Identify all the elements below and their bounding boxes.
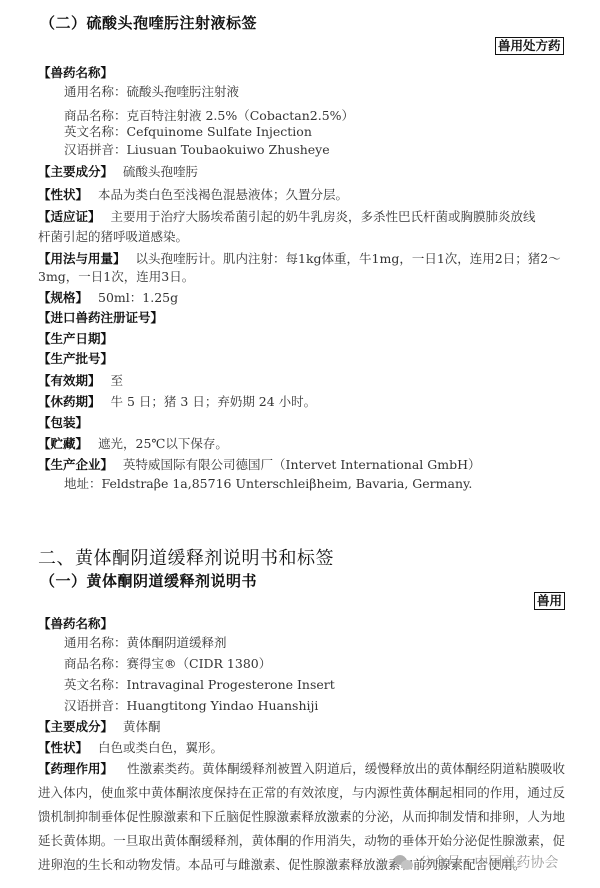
field-value: 白色或类白色，翼形。	[98, 740, 223, 755]
generic-name: 通用名称：硫酸头孢喹肟注射液	[64, 80, 239, 104]
field-label: 【主要成分】	[38, 719, 113, 734]
section-subtitle-progesterone-instructions: （一）黄体酮阴道缓释剂说明书	[40, 570, 257, 591]
field-value: 主要用于治疗大肠埃希菌引起的奶牛乳房炎，多杀性巴氏杆菌或胸膜肺炎放线	[111, 209, 536, 224]
field-import-registration: 【进口兽药注册证号】	[38, 309, 173, 326]
field-storage: 【贮藏】遮光，25℃以下保存。	[38, 435, 228, 452]
field-manufacturer: 【生产企业】英特威国际有限公司德国厂（Intervet Internationa…	[38, 456, 481, 473]
field-label: 【有效期】	[38, 373, 101, 388]
field-dosage: 【用法与用量】以头孢喹肟计。肌内注射：每1kg体重，牛1mg，一日1次，连用2日…	[38, 250, 561, 267]
field-value: 本品为类白色至浅褐色混悬液体；久置分层。	[98, 187, 348, 202]
field-label: 【包装】	[38, 415, 88, 430]
field-label: 【适应证】	[38, 209, 101, 224]
wechat-icon	[394, 854, 414, 870]
field-value: 至	[111, 373, 124, 388]
english-name: 英文名称：Intravaginal Progesterone Insert	[64, 676, 335, 693]
drug-name-label: 【兽药名称】	[38, 64, 113, 81]
field-batch-number: 【生产批号】	[38, 350, 123, 367]
field-label: 【生产批号】	[38, 351, 113, 366]
field-dosage-cont: 3mg，一日1次，连用3日。	[38, 268, 194, 285]
drug-name-label: 【兽药名称】	[38, 615, 113, 632]
field-packaging: 【包装】	[38, 414, 98, 431]
field-indications-cont: 杆菌引起的猪呼吸道感染。	[38, 228, 188, 245]
field-production-date: 【生产日期】	[38, 330, 123, 347]
field-expiry: 【有效期】至	[38, 372, 123, 389]
pinyin-name: 汉语拼音：Huangtitong Yindao Huanshiji	[64, 697, 318, 714]
field-label: 【生产日期】	[38, 331, 113, 346]
field-value: 以头孢喹肟计。肌内注射：每1kg体重，牛1mg，一日1次，连用2日；猪2～	[136, 251, 561, 266]
field-value: 黄体酮	[123, 719, 161, 734]
field-label: 【规格】	[38, 290, 88, 305]
field-withdrawal: 【休药期】牛 5 日；猪 3 日；弃奶期 24 小时。	[38, 393, 316, 410]
trade-name: 商品名称：赛得宝®（CIDR 1380）	[64, 655, 271, 672]
field-label: 【性状】	[38, 187, 88, 202]
field-indications: 【适应证】主要用于治疗大肠埃希菌引起的奶牛乳房炎，多杀性巴氏杆菌或胸膜肺炎放线	[38, 208, 536, 225]
field-label: 【贮藏】	[38, 436, 88, 451]
field-specification: 【规格】50ml：1.25g	[38, 289, 178, 306]
field-ingredient: 【主要成分】硫酸头孢喹肟	[38, 163, 198, 180]
field-label: 【用法与用量】	[38, 251, 126, 266]
field-label: 【生产企业】	[38, 457, 113, 472]
field-appearance: 【性状】本品为类白色至浅褐色混悬液体；久置分层。	[38, 186, 348, 203]
field-value: 50ml：1.25g	[98, 290, 178, 305]
watermark-text: 公众号 · 中国兽药协会	[419, 852, 558, 872]
pinyin-name: 汉语拼音：Liusuan Toubaokuiwo Zhusheye	[64, 138, 330, 162]
section-title-progesterone: 二、黄体酮阴道缓释剂说明书和标签	[38, 544, 334, 570]
field-label: 【药理作用】	[38, 761, 113, 776]
field-value: 遮光，25℃以下保存。	[98, 436, 228, 451]
field-value: 英特威国际有限公司德国厂（Intervet International GmbH…	[123, 457, 481, 472]
generic-name: 通用名称：黄体酮阴道缓释剂	[64, 634, 227, 651]
field-label: 【休药期】	[38, 394, 101, 409]
field-value: 牛 5 日；猪 3 日；弃奶期 24 小时。	[111, 394, 317, 409]
watermark: 公众号 · 中国兽药协会	[394, 852, 558, 872]
field-value: 硫酸头孢喹肟	[123, 164, 198, 179]
manufacturer-address: 地址：Feldstraβe 1a,85716 Unterschleiβheim,…	[64, 475, 472, 492]
field-appearance: 【性状】白色或类白色，翼形。	[38, 739, 223, 756]
section-title-cefquinome-label: （二）硫酸头孢喹肟注射液标签	[40, 12, 257, 33]
field-label: 【进口兽药注册证号】	[38, 310, 163, 325]
prescription-badge: 兽用处方药	[495, 37, 564, 55]
veterinary-badge: 兽用	[534, 592, 565, 610]
field-ingredient: 【主要成分】黄体酮	[38, 718, 161, 735]
field-label: 【主要成分】	[38, 164, 113, 179]
field-label: 【性状】	[38, 740, 88, 755]
